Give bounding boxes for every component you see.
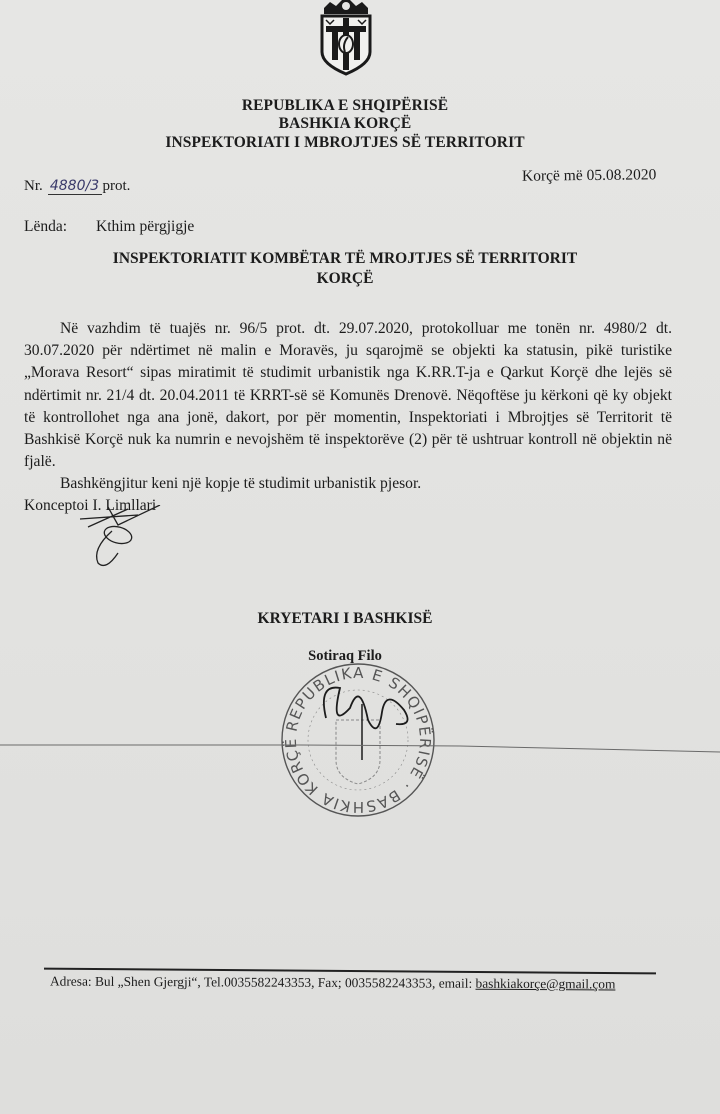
subject-value: Kthim përgjigje <box>96 218 194 236</box>
subject-label: Lënda: <box>24 218 67 236</box>
body-paragraph-1: Në vazhdim të tuajës nr. 96/5 prot. dt. … <box>24 318 672 473</box>
paper-fold-line <box>0 742 720 754</box>
body-paragraph-2: Bashkëngjitur keni një kopje të studimit… <box>24 473 672 495</box>
recipient-line1: INSPEKTORIATIT KOMBËTAR TË MROJTJES SË T… <box>0 250 690 268</box>
header-municipality: BASHKIA KORÇË <box>0 115 690 133</box>
footer-contact: Adresa: Bul „Shen Gjergji“, Tel.00355822… <box>50 974 476 991</box>
footer-address: Adresa: Bul „Shen Gjergji“, Tel.00355822… <box>50 974 615 993</box>
protocol-prefix: Nr. <box>24 178 43 194</box>
protocol-number: Nr. 4880/3prot. <box>24 178 130 195</box>
protocol-handwritten-number: 4880/3 <box>48 178 102 195</box>
drafter-signature-icon <box>78 505 168 573</box>
official-stamp-icon: REPUBLIKA E SHQIPËRISË · BASHKIA KORÇË <box>278 660 438 820</box>
place-date: Korçë më 05.08.2020 <box>522 166 656 185</box>
header-inspectorate: INSPEKTORIATI I MBROJTJES SË TERRITORIT <box>0 134 690 152</box>
footer-email-link[interactable]: bashkiakorçe@gmail.çom <box>475 976 615 992</box>
header-republic: REPUBLIKA E SHQIPËRISË <box>0 97 690 115</box>
protocol-suffix: prot. <box>103 178 131 194</box>
svg-text:REPUBLIKA E SHQIPËRISË · BASHK: REPUBLIKA E SHQIPËRISË · BASHKIA KORÇË <box>281 664 435 816</box>
coat-of-arms-icon <box>318 0 374 76</box>
letter-body: Në vazhdim të tuajës nr. 96/5 prot. dt. … <box>24 318 672 496</box>
signatory-title: KRYETARI I BASHKISË <box>0 610 690 628</box>
recipient-line2: KORÇË <box>0 270 690 288</box>
